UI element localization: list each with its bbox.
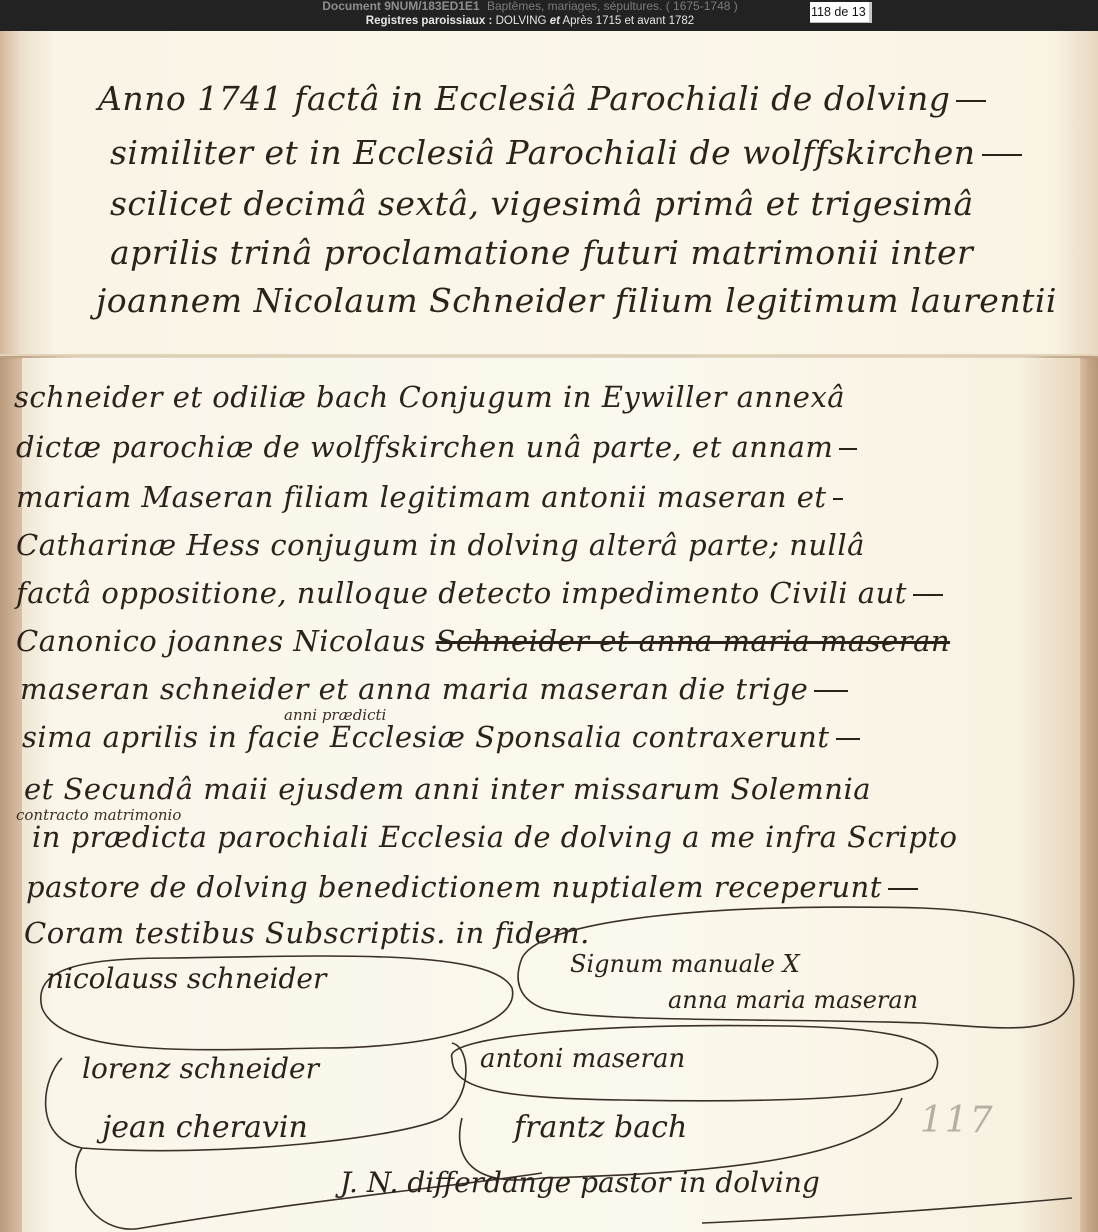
manuscript-line: joannem Nicolaum Schneider filium legiti… — [96, 281, 1057, 320]
page-counter-input[interactable]: 118 de 13 — [810, 2, 872, 23]
manuscript-line: aprilis trinâ proclamatione futuri matri… — [110, 233, 973, 272]
signature-witness: lorenz schneider — [82, 1052, 319, 1085]
document-id: Document 9NUM/183ED1E1 — [322, 0, 479, 13]
date-range: Après 1715 et avant 1782 — [562, 15, 694, 27]
signature-witness: jean cheravin — [102, 1110, 308, 1145]
series-label: Registres paroissiaux : — [366, 15, 493, 27]
document-title: Document 9NUM/183ED1E1 Baptêmes, mariage… — [0, 0, 1060, 14]
folio-number: 117 — [920, 1100, 995, 1141]
signature-groom: nicolauss schneider — [46, 962, 326, 995]
manuscript-line: similiter et in Ecclesiâ Parochiali de w… — [110, 133, 1022, 172]
binding-edge-right — [1080, 358, 1098, 1232]
signature-mark-label: Signum manuale X — [570, 950, 800, 978]
document-subtitle: Registres paroissiaux : DOLVING et Après… — [0, 14, 1060, 28]
place-name: DOLVING — [496, 15, 547, 27]
scanned-image-viewport[interactable]: Anno 1741 factâ in Ecclesiâ Parochiali d… — [0, 31, 1098, 1232]
conjunction: et — [550, 15, 560, 27]
signature-bride: anna maria maseran — [668, 986, 918, 1014]
document-description: Baptêmes, mariages, sépultures. ( 1675-1… — [487, 0, 738, 13]
manuscript-page: schneider et odiliæ bach Conjugum in Eyw… — [22, 358, 1080, 1232]
manuscript-line: Anno 1741 factâ in Ecclesiâ Parochiali d… — [98, 79, 986, 118]
signature-pastor: J. N. differdange pastor in dolving — [340, 1166, 820, 1199]
viewer-header: Document 9NUM/183ED1E1 Baptêmes, mariage… — [0, 0, 1098, 31]
manuscript-line: scilicet decimâ sextâ, vigesimâ primâ et… — [110, 184, 974, 223]
manuscript-slip: Anno 1741 factâ in Ecclesiâ Parochiali d… — [0, 31, 1098, 356]
signature-witness: frantz bach — [514, 1110, 687, 1145]
signature-witness: antoni maseran — [480, 1044, 685, 1074]
